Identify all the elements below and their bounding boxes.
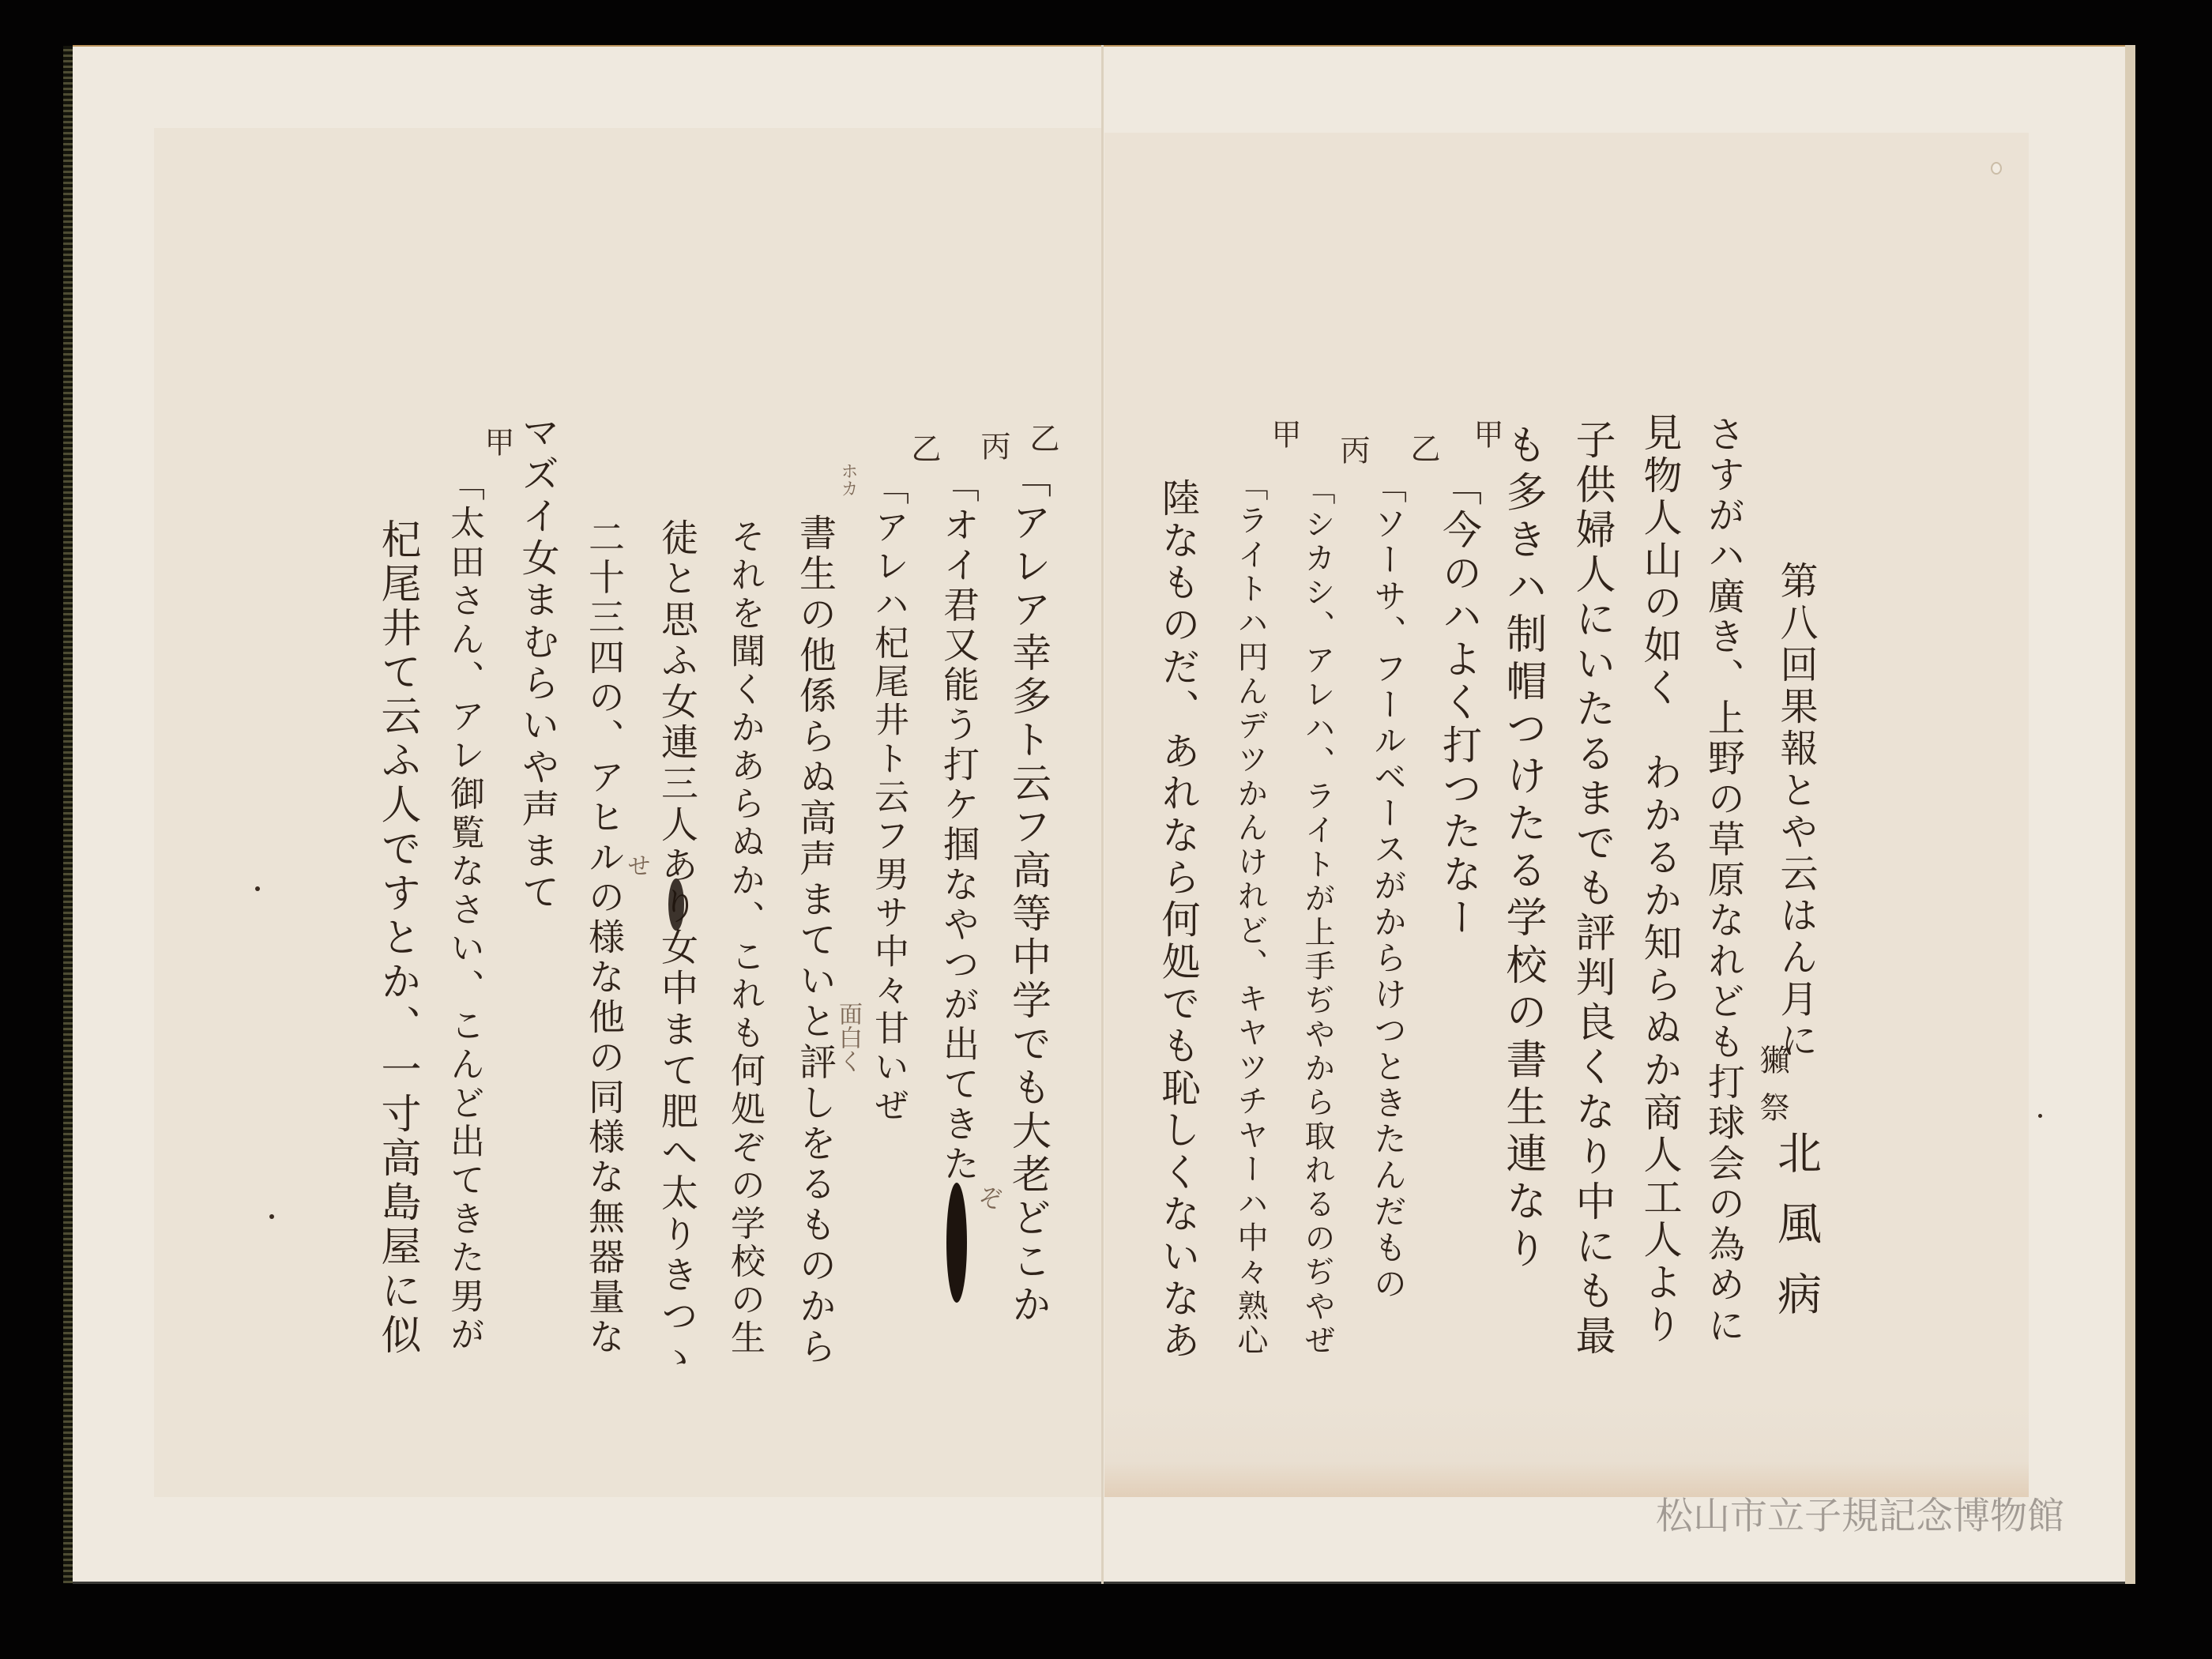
dialogue-column: 「ライトハ円んデツかんけれど、キヤツチヤーハ中々熟心: [1232, 470, 1266, 1355]
correction-note: ぞ: [976, 1185, 1002, 1210]
text-column: も多きハ制帽つけたる学校の書生連なり: [1499, 423, 1543, 1268]
author-name: 北風病: [1770, 1130, 1818, 1315]
text-column: さすがハ廣き、上野の草原なれども打球会の為めに: [1702, 415, 1742, 1343]
dialogue-column: 「アレア幸多ト云フ高等中学でも大老どこか: [1006, 458, 1048, 1323]
dialogue-column: 「シカシ、アレハ、ライトが上手ぢやから取れるのぢやぜ: [1300, 474, 1333, 1355]
speaker-label: 甲: [1269, 419, 1299, 449]
dialogue-column: 「太田さん、アレ御覧なさい、こんど出てきた男が: [444, 466, 481, 1351]
pen-name-small: 獺祭: [1754, 1044, 1787, 1122]
speaker-label: 乙: [1027, 423, 1057, 453]
chapter-title: 第八回果報とや云はん月に: [1774, 561, 1815, 1059]
text-column: 子供婦人にいたるまでも評判良くなり中にも最: [1569, 419, 1612, 1355]
speaker-label: 丙: [978, 431, 1008, 461]
text-column: 陸なものだ、あれなら何処でも恥しくないなあ: [1157, 478, 1198, 1359]
text-column: 書生の他係らぬ高声まていと評しをるものから: [794, 513, 833, 1364]
ink-spot: [255, 886, 260, 891]
dialogue-column: 「アレハ杞尾井ト云フ男サ中々甘いぜ: [868, 470, 905, 1122]
text-column: 徒と思ふ女連三人あり女中まて肥へ太りきつゝ: [656, 518, 695, 1375]
margin-annotation: 面白く: [836, 1002, 860, 1073]
paper-right-edge: [2125, 45, 2135, 1584]
speaker-label: 丙: [1337, 434, 1367, 465]
text-column: 杞尾井て云ふ人ですとか、一寸高島屋に似: [374, 518, 417, 1354]
speaker-label: 甲: [482, 427, 512, 457]
dialogue-column: 「今のハよく打つたなー: [1437, 466, 1479, 936]
text-column: マズイ女まむらいや声まて: [516, 412, 556, 910]
museum-watermark: 松山市立子規記念博物館: [1656, 1498, 2064, 1535]
speaker-label: 甲: [1471, 419, 1501, 449]
ink-spot: [2038, 1114, 2042, 1118]
dialogue-column: 「オイ君又能う打ケ掴なやつが出てきた: [939, 466, 977, 1181]
speaker-label: 乙: [1408, 433, 1438, 463]
margin-annotation: せ: [624, 853, 648, 877]
dialogue-column: 「ソーサ、フールベースがからけつときたんだもの: [1369, 470, 1405, 1300]
text-column: 二十三四の、アヒルの様な他の同様な無器量な: [584, 518, 623, 1354]
ink-overwrite: [668, 878, 684, 931]
ink-blot-correction: [946, 1183, 967, 1303]
binding-hole: [1991, 162, 2002, 175]
page-gutter: [1101, 45, 1104, 1584]
furigana-annotation: ホカ: [839, 462, 856, 497]
text-column: それを聞くかあらぬか、これも何処ぞの学校の生: [724, 518, 762, 1354]
text-column: 見物人山の如く わかるか知らぬか商人工人より: [1638, 412, 1680, 1343]
speaker-label: 乙: [908, 433, 939, 463]
ink-spot: [269, 1214, 274, 1219]
